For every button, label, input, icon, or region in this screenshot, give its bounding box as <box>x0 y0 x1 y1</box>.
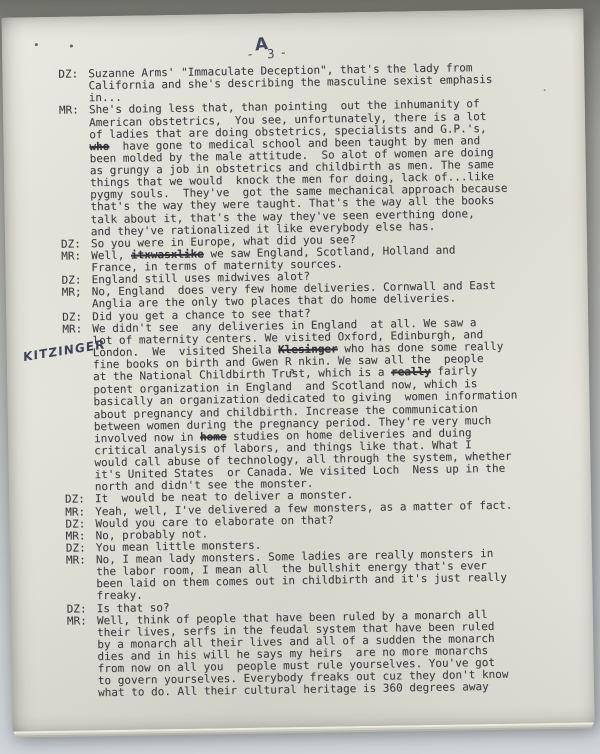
transcript-paragraph: MR:We didn't see any deliveries in Engla… <box>62 316 555 494</box>
speaker-label: MR: <box>61 250 81 262</box>
speaker-label: MR: <box>67 615 87 627</box>
document-page: -A3- KITZINGER DZ:Suzanne Arms' "Immacul… <box>1 8 594 731</box>
transcript-body: DZ:Suzanne Arms' "Immaculate Deception",… <box>58 61 558 700</box>
page-number-dash: - <box>246 46 254 61</box>
photo-background: -A3- KITZINGER DZ:Suzanne Arms' "Immacul… <box>0 0 600 754</box>
page-number-digit: 3 <box>267 46 275 61</box>
transcript-paragraph: MR:She's doing less that, than pointing … <box>59 97 551 238</box>
speaker-label: DZ: <box>58 68 78 80</box>
text-segment: fairly <box>431 364 478 378</box>
speaker-label: MR: <box>59 105 79 117</box>
page-number-dash: - <box>279 44 287 59</box>
speaker-label: MR; <box>62 287 82 299</box>
speaker-label: MR: <box>66 554 86 566</box>
page-number: -A3- <box>245 34 287 56</box>
speaker-label: DZ: <box>65 494 85 506</box>
page-number-handwritten-letter: A <box>254 34 268 56</box>
speaker-label: MR: <box>62 323 82 335</box>
transcript-paragraph: MR:No, I mean lady monsters. Some ladies… <box>66 547 557 603</box>
staple-hole <box>70 44 73 47</box>
staple-hole <box>35 43 38 46</box>
struck-text: really <box>391 365 431 379</box>
transcript-paragraph: MR:Well, think of people that have been … <box>67 608 558 701</box>
